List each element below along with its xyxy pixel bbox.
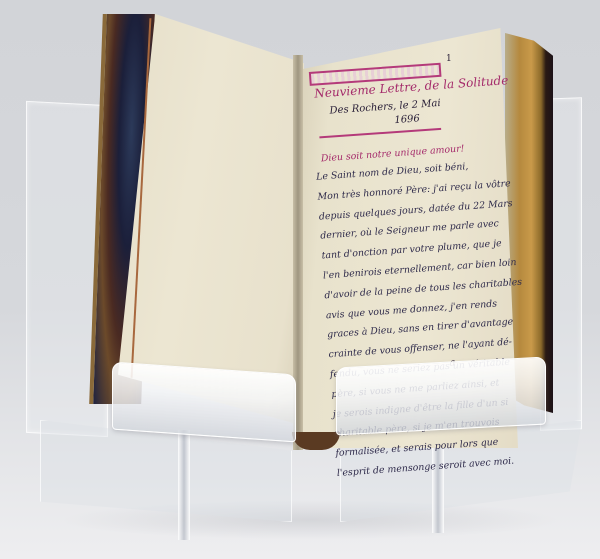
acrylic-page-clip-left [112, 362, 296, 443]
photo-scene: 1 Neuvieme Lettre, de la Solitude Des Ro… [0, 0, 600, 559]
handwritten-text-block: Neuvieme Lettre, de la Solitude Des Roch… [308, 46, 531, 389]
year: 1696 [394, 109, 421, 131]
acrylic-leg-left [178, 430, 190, 540]
red-rule [319, 128, 441, 139]
acrylic-page-clip-right [336, 356, 546, 435]
